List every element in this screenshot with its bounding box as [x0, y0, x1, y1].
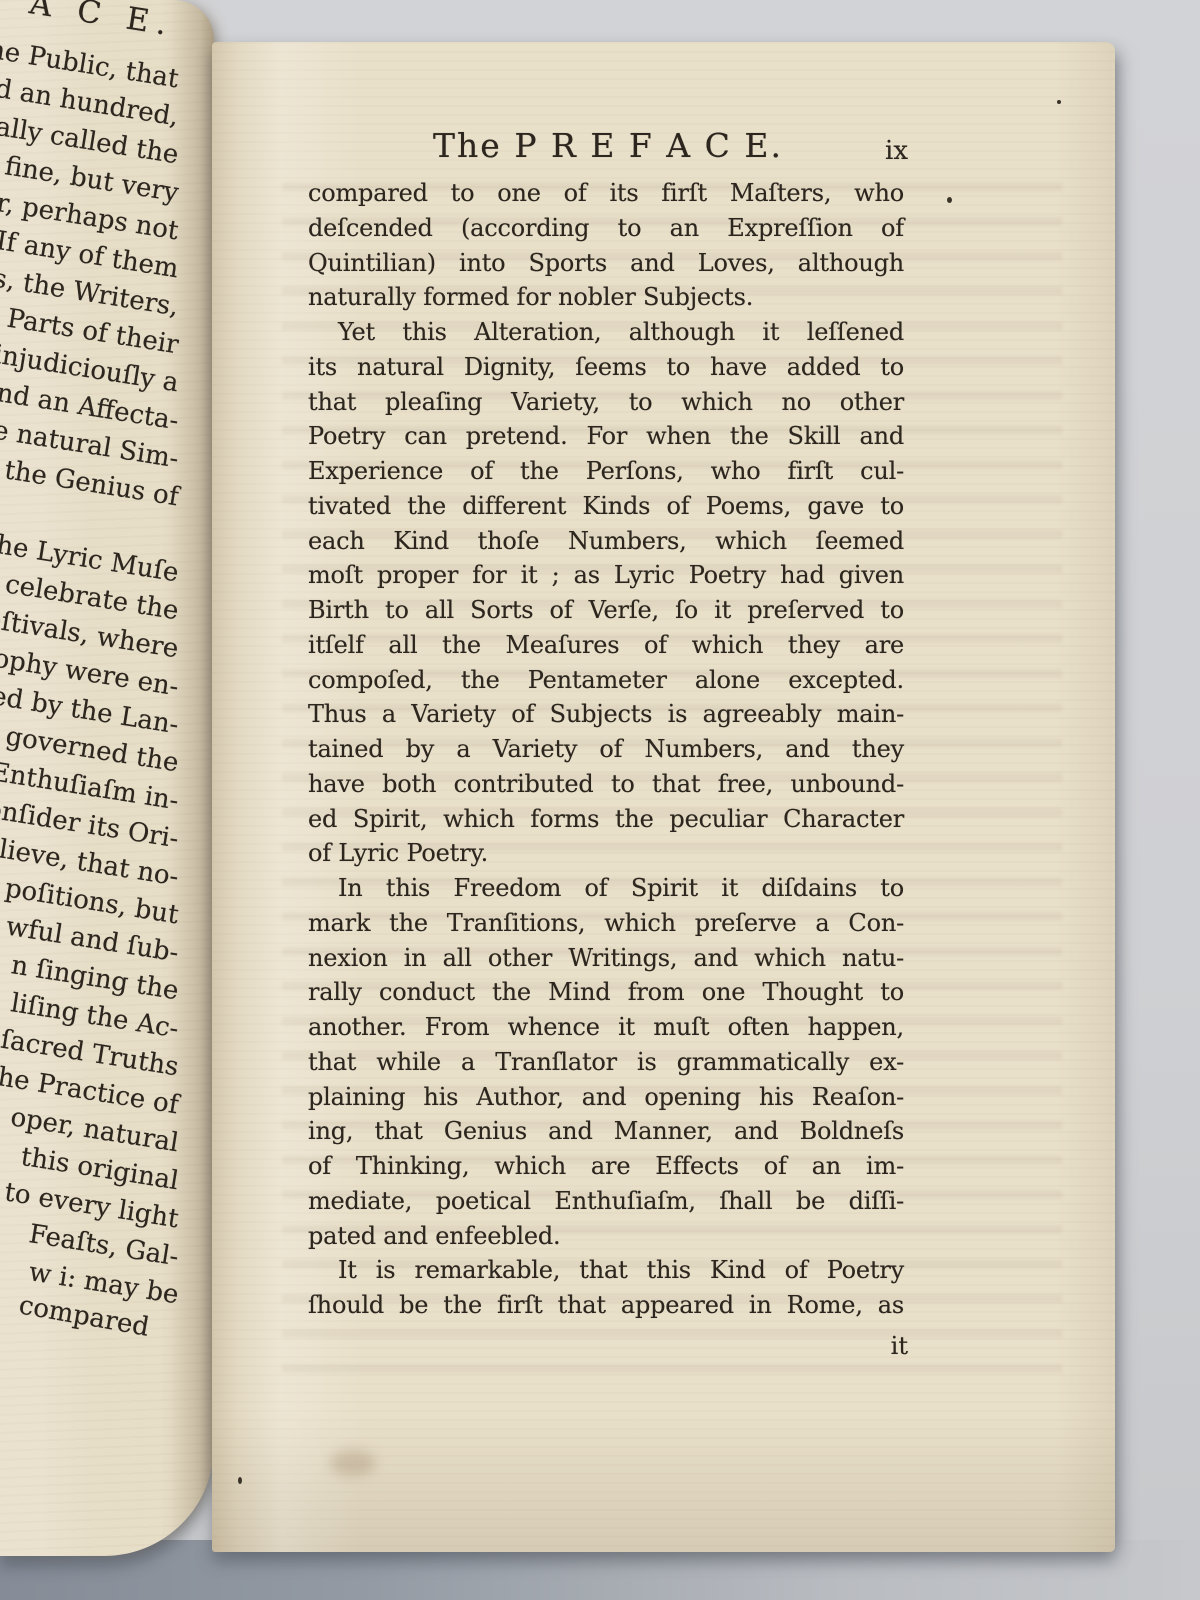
text-line: deſcended (according to an Expreſſion of	[308, 211, 904, 246]
catchword: it	[308, 1332, 908, 1360]
text-line: Poetry can pretend. For when the Skill a…	[308, 419, 904, 454]
text-line: In this Freedom of Spirit it diſdains to	[308, 871, 904, 906]
left-page-lines: the Public, thateed an hundred,uſually c…	[0, 64, 200, 1318]
text-line: Yet this Alteration, although it leſſene…	[308, 315, 904, 350]
paper-speck	[947, 197, 952, 203]
text-line: pated and enfeebled.	[308, 1219, 904, 1254]
right-page-body: compared to one of its firſt Maſters, wh…	[308, 176, 904, 1323]
text-line: Experience of the Perſons, who firſt cul…	[308, 454, 904, 489]
text-line: mark the Tranſitions, which preſerve a C…	[308, 906, 904, 941]
text-line: tained by a Variety of Numbers, and they	[308, 732, 904, 767]
left-page: A C E. the Public, thateed an hundred,uſ…	[0, 0, 214, 1556]
paper-speck	[238, 1477, 242, 1484]
text-line: Quintilian) into Sports and Loves, altho…	[308, 246, 904, 281]
text-line: another. From whence it muſt often happe…	[308, 1010, 904, 1045]
book-photo: A C E. the Public, thateed an hundred,uſ…	[0, 0, 1200, 1600]
text-line: It is remarkable, that this Kind of Poet…	[308, 1253, 904, 1288]
page-header: The P R E F A C E. ix	[308, 126, 908, 170]
text-line: that while a Tranſlator is grammatically…	[308, 1045, 904, 1080]
text-line: nexion in all other Writings, and which …	[308, 941, 904, 976]
text-line: moſt proper for it ; as Lyric Poetry had…	[308, 558, 904, 593]
text-line: its natural Dignity, ſeems to have added…	[308, 350, 904, 385]
text-line: mediate, poetical Enthuſiaſm, ſhall be d…	[308, 1184, 904, 1219]
text-line: each Kind thoſe Numbers, which ſeemed	[308, 524, 904, 559]
text-line: compared to one of its firſt Maſters, wh…	[308, 176, 904, 211]
text-line: Thus a Variety of Subjects is agreeably …	[308, 697, 904, 732]
text-line: ing, that Genius and Manner, and Boldneſ…	[308, 1114, 904, 1149]
paper-speck	[1057, 100, 1061, 104]
page-number: ix	[885, 136, 908, 166]
text-line: naturally formed for nobler Subjects.	[308, 280, 904, 315]
text-line: that pleaſing Variety, to which no other	[308, 385, 904, 420]
text-line: compoſed, the Pentameter alone excepted.	[308, 663, 904, 698]
text-line: ed Spirit, which forms the peculiar Char…	[308, 802, 904, 837]
text-line: rally conduct the Mind from one Thought …	[308, 975, 904, 1010]
text-line: of Lyric Poetry.	[308, 836, 904, 871]
text-line: tivated the different Kinds of Poems, ga…	[308, 489, 904, 524]
text-line: ſhould be the firſt that appeared in Rom…	[308, 1288, 904, 1323]
text-line: plaining his Author, and opening his Rea…	[308, 1080, 904, 1115]
text-line: Birth to all Sorts of Verſe, ſo it preſe…	[308, 593, 904, 628]
right-page: The P R E F A C E. ix compared to one of…	[212, 42, 1115, 1552]
text-line: have both contributed to that free, unbo…	[308, 767, 904, 802]
left-page-text: A C E. the Public, thateed an hundred,uſ…	[0, 12, 200, 1356]
paper-smudge	[330, 1450, 376, 1476]
page-title: The P R E F A C E.	[308, 126, 908, 165]
text-line: itſelf all the Meaſures of which they ar…	[308, 628, 904, 663]
text-line: of Thinking, which are Effects of an im-	[308, 1149, 904, 1184]
